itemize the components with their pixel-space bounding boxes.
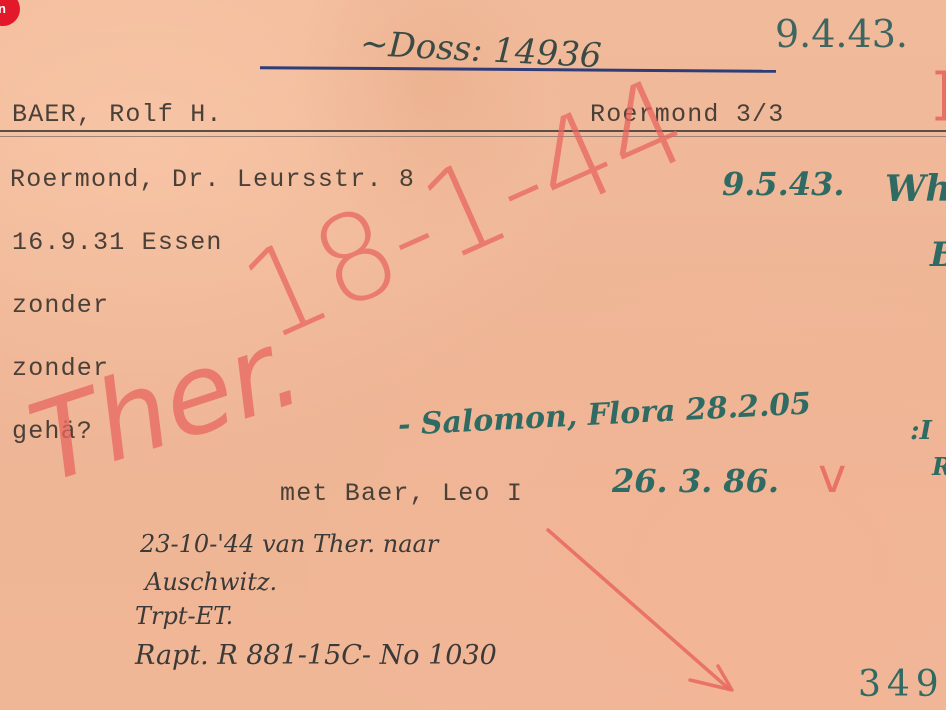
pencil-note-line-3: Trpt-ET. [135, 602, 233, 630]
pencil-note-line-1: 23-10-'44 van Ther. naar [140, 530, 438, 558]
pencil-note-line-2: Auschwitz. [145, 568, 277, 596]
pencil-note-line-4: Rapt. R 881-15C- No 1030 [135, 640, 497, 671]
